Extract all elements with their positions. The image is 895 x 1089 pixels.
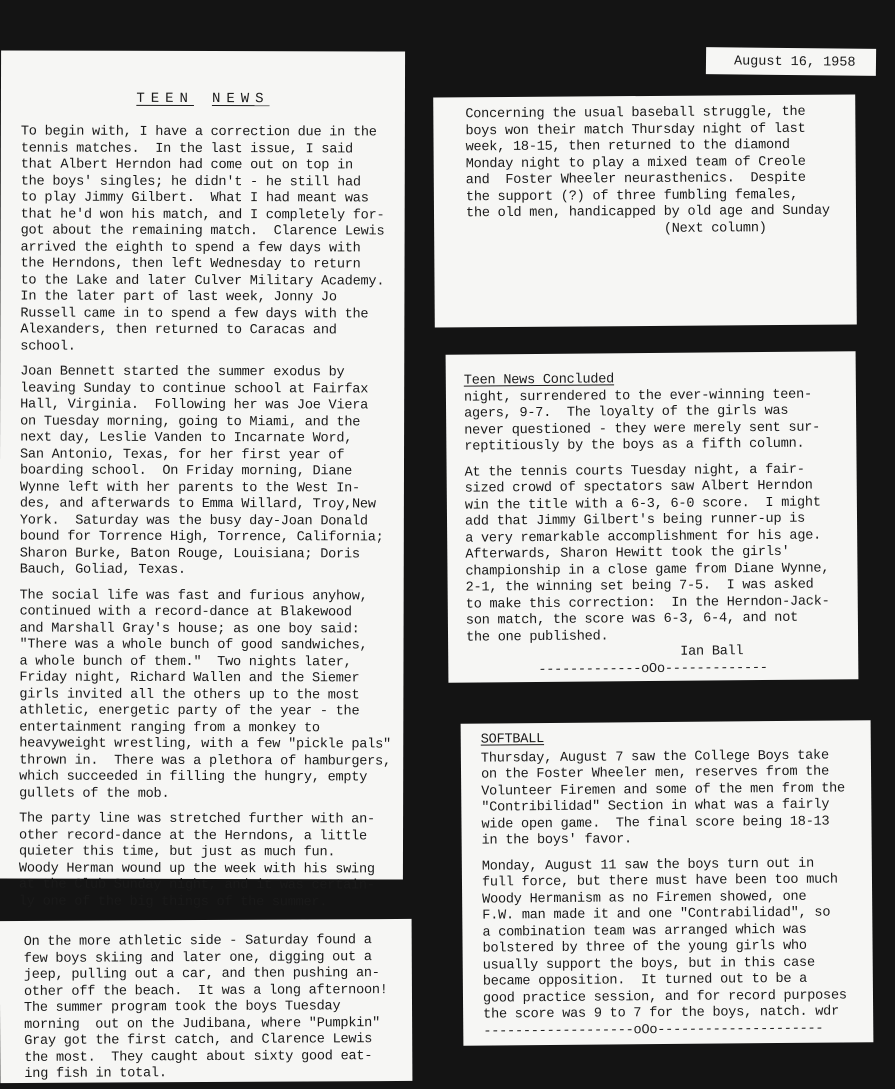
paragraph-exodus: Joan Bennett started the summer exodus b… bbox=[20, 365, 405, 581]
text-line: in the boys' favor. bbox=[482, 830, 872, 850]
page-title: TEENNEWS bbox=[1, 90, 405, 107]
text-line: heavyweight wrestling, with a few "pickl… bbox=[19, 737, 403, 755]
text-line: a whole bunch of them." Two nights later… bbox=[19, 654, 403, 672]
text-line: girls invited all the others up to the m… bbox=[19, 687, 403, 705]
text-line: on Tuesday morning, going to Miami, and … bbox=[20, 414, 404, 432]
text-line: which succeeded in filling the hungry, e… bbox=[19, 770, 403, 788]
teen-news-clipping: TEENNEWS To begin with, I have a correct… bbox=[0, 50, 405, 879]
text-line: next day, Leslie Vanden to Incarnate Wor… bbox=[20, 431, 404, 449]
paragraph-august-7: Thursday, August 7 saw the College Boys … bbox=[481, 748, 872, 850]
text-line: that he'd won his match, and I completel… bbox=[21, 207, 405, 225]
text-line: to the Lake and later Culver Military Ac… bbox=[20, 273, 404, 291]
text-line: Joan Bennett started the summer exodus b… bbox=[20, 365, 404, 383]
paragraph-correction: To begin with, I have a correction due i… bbox=[20, 125, 405, 357]
text-line: thrown in. There was a plethora of hambu… bbox=[19, 753, 403, 771]
date-label: August 16, 1958 bbox=[706, 47, 876, 76]
title-word-teen: TEEN bbox=[136, 91, 194, 107]
text-line: the most. They caught about sixty good e… bbox=[24, 1048, 412, 1067]
text-line: Woody Herman wound up the week with his … bbox=[19, 861, 403, 879]
text-line: few boys skiing and later one, digging o… bbox=[24, 949, 412, 968]
text-line: full force, but there must have been too… bbox=[482, 872, 872, 892]
text-line: Russell came in to spend a few days with… bbox=[20, 306, 404, 324]
text-line: Friday night, Richard Wallen and the Sie… bbox=[19, 671, 403, 689]
text-line: morning out on the Judibana, where "Pump… bbox=[24, 1015, 412, 1034]
section-heading: SOFTBALL bbox=[481, 732, 544, 749]
text-line: reptitiously by the boys as a fifth colu… bbox=[464, 436, 856, 456]
text-line: Wynne left with her parents to the West … bbox=[20, 480, 404, 498]
text-line: usually support the boys, but in this ca… bbox=[483, 955, 873, 975]
text-line: Concerning the usual baseball struggle, … bbox=[465, 105, 855, 124]
text-line: tennis matches. In the last issue, I sai… bbox=[21, 141, 405, 159]
next-column-note: (Next column) bbox=[466, 220, 856, 239]
text-line: night, surrendered to the ever-winning t… bbox=[464, 387, 856, 407]
text-line: In the later part of last week, Jonny Jo bbox=[20, 290, 404, 308]
text-line: The party line was stretched further wit… bbox=[19, 812, 403, 830]
text-line: the old men, handicapped by old age and … bbox=[466, 204, 856, 223]
paragraph-social-life: The social life was fast and furious any… bbox=[19, 588, 404, 804]
issue-date: August 16, 1958 bbox=[734, 54, 856, 70]
text-line: to play Jimmy Gilbert. What I had meant … bbox=[21, 191, 405, 209]
text-line: ly one of the big things of the summer. bbox=[19, 894, 403, 912]
text-line: quieter this time, but just as much fun. bbox=[19, 845, 403, 863]
teen-news-concluded-clipping: Teen News Concluded night, surrendered t… bbox=[446, 351, 859, 683]
text-line: continued with a record-dance at Blakewo… bbox=[20, 605, 404, 623]
text-line: jeep, pulling out a car, and then pushin… bbox=[24, 966, 412, 985]
text-line: Bauch, Goliad, Texas. bbox=[20, 563, 404, 581]
text-line: Alexanders, then returned to Caracas and bbox=[20, 323, 404, 341]
text-line: and Foster Wheeler neurasthenics. Despit… bbox=[466, 171, 856, 190]
section-heading: Teen News Concluded bbox=[464, 372, 614, 390]
text-line: the boys' singles; he didn't - he still … bbox=[21, 174, 405, 192]
text-line: arrived the eighth to spend a few days w… bbox=[21, 240, 405, 258]
text-line: boarding school. On Friday morning, Dian… bbox=[20, 464, 404, 482]
softball-clipping: SOFTBALL Thursday, August 7 saw the Coll… bbox=[461, 720, 874, 1046]
text-line: wide open game. The final score being 18… bbox=[481, 814, 871, 834]
text-line: and Marshall Gray's house; as one boy sa… bbox=[20, 621, 404, 639]
baseball-clipping: Concerning the usual baseball struggle, … bbox=[433, 95, 857, 328]
text-line: to make this correction: In the Herndon-… bbox=[466, 594, 858, 614]
end-rule: -------------------oOo------------------… bbox=[483, 1021, 873, 1041]
text-line: Gray got the first catch, and Clarence L… bbox=[24, 1032, 412, 1051]
title-word-news: NEWS bbox=[212, 91, 270, 107]
text-line: bound for Torrence High, Torrence, Calif… bbox=[20, 530, 404, 548]
paragraph-baseball-end: night, surrendered to the ever-winning t… bbox=[464, 387, 857, 456]
text-line: boys won their match Thursday night of l… bbox=[465, 121, 855, 140]
text-line: the Herndons, then left Wednesday to ret… bbox=[21, 257, 405, 275]
text-line: San Antonio, Texas, for her first year o… bbox=[20, 447, 404, 465]
text-line: gullets of the mob. bbox=[19, 786, 403, 804]
text-line: York. Saturday was the busy day-Joan Don… bbox=[20, 513, 404, 531]
text-line: athletic, energetic party of the year - … bbox=[19, 704, 403, 722]
text-line: got about the remaining match. Clarence … bbox=[21, 224, 405, 242]
text-line: "There was a whole bunch of good sandwic… bbox=[20, 638, 404, 656]
text-line: leaving Sunday to continue school at Fai… bbox=[20, 381, 404, 399]
text-line: at the Club Sunday night, and it was cer… bbox=[19, 878, 403, 896]
text-line: ing fish in total. bbox=[24, 1065, 412, 1084]
text-line: school. bbox=[20, 339, 404, 357]
text-line: On the more athletic side - Saturday fou… bbox=[24, 933, 412, 952]
end-rule: -------------oOo------------- bbox=[466, 660, 858, 680]
text-line: F.W. man made it and one "Contrabilidad"… bbox=[482, 905, 872, 925]
text-line: Sharon Burke, Baton Rouge, Louisiana; Do… bbox=[20, 546, 404, 564]
paragraph-tennis: At the tennis courts Tuesday night, a fa… bbox=[465, 462, 859, 647]
text-line: other off the beach. It was a long after… bbox=[24, 982, 412, 1001]
text-line: The social life was fast and furious any… bbox=[20, 588, 404, 606]
athletic-side-clipping: On the more athletic side - Saturday fou… bbox=[0, 919, 412, 1083]
text-line: Hall, Virginia. Following her was Joe Vi… bbox=[20, 398, 404, 416]
text-line: that Albert Herndon had come out on top … bbox=[21, 158, 405, 176]
paragraph-august-11: Monday, August 11 saw the boys turn out … bbox=[482, 856, 873, 1024]
text-line: To begin with, I have a correction due i… bbox=[21, 125, 405, 143]
text-line: a very remarkable accomplishment for his… bbox=[465, 528, 857, 548]
text-line: The summer program took the boys Tuesday bbox=[24, 999, 412, 1018]
text-line: des, and afterwards to Emma Willard, Tro… bbox=[20, 497, 404, 515]
paragraph-party-line: The party line was stretched further wit… bbox=[19, 812, 403, 912]
text-line: other record-dance at the Herndons, a li… bbox=[19, 828, 403, 846]
text-line: entertainment ranging from a monkey to bbox=[19, 720, 403, 738]
